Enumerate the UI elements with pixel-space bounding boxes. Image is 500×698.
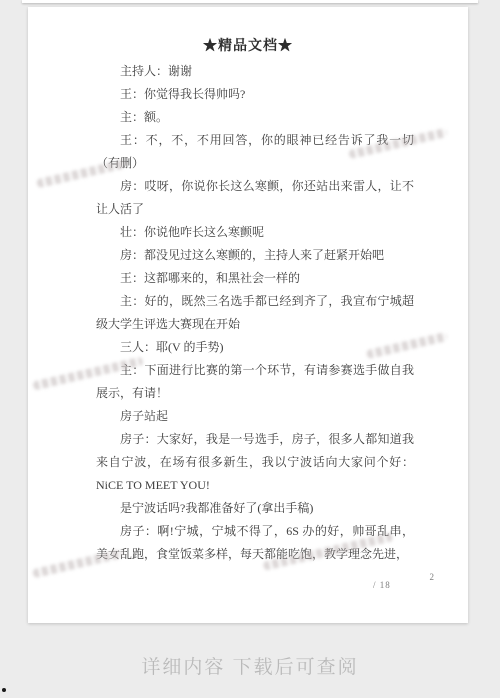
page-total-indicator: / 18: [373, 580, 391, 590]
paragraph: 房子站起: [96, 405, 414, 428]
document-preview-screen: ★精品文档★ 主持人：谢谢王：你觉得我长得帅吗?主：额。王：不，不，不用回答，你…: [0, 0, 500, 698]
paragraph: 主持人：谢谢: [96, 60, 414, 83]
paragraph: 主：下面进行比赛的第一个环节，有请参赛选手做自我展示，有请！: [96, 359, 414, 405]
paragraph: 房子：啊!宁城，宁城不得了，6S 办的好，帅哥乱串，美女乱跑，食堂饭菜多样，每天…: [96, 520, 414, 566]
paragraph: 房子：大家好，我是一号选手，房子，很多人都知道我来自宁波，在场有很多新生，我以宁…: [96, 428, 414, 497]
download-hint-caption: 详细内容 下载后可查阅: [0, 652, 500, 679]
document-body: 主持人：谢谢王：你觉得我长得帅吗?主：额。王：不，不，不用回答，你的眼神已经告诉…: [96, 60, 414, 566]
paragraph: 主：好的，既然三名选手都已经到齐了，我宣布宁城超级大学生评选大赛现在开始: [96, 290, 414, 336]
paragraph: 是宁波话吗?我都准备好了(拿出手稿): [96, 497, 414, 520]
paragraph: 壮：你说他咋长这么寒颤呢: [96, 221, 414, 244]
paragraph: 王：你觉得我长得帅吗?: [96, 83, 414, 106]
paragraph: 房：哎呀，你说你长这么寒颤，你还站出来雷人，让不让人活了: [96, 175, 414, 221]
page-number: 2: [430, 572, 435, 582]
previous-page-edge: [22, 0, 478, 3]
paragraph: 主：额。: [96, 106, 414, 129]
document-page[interactable]: ★精品文档★ 主持人：谢谢王：你觉得我长得帅吗?主：额。王：不，不，不用回答，你…: [28, 7, 468, 623]
paragraph: 王：这都哪来的，和黑社会一样的: [96, 267, 414, 290]
corner-dot: [2, 688, 6, 692]
paragraph: 王：不，不，不用回答，你的眼神已经告诉了我一切（有删）: [96, 129, 414, 175]
doc-title-banner: ★精品文档★: [28, 38, 468, 56]
paragraph: 三人：耶(V 的手势): [96, 336, 414, 359]
paragraph: 房：都没见过这么寒颤的，主持人来了赶紧开始吧: [96, 244, 414, 267]
